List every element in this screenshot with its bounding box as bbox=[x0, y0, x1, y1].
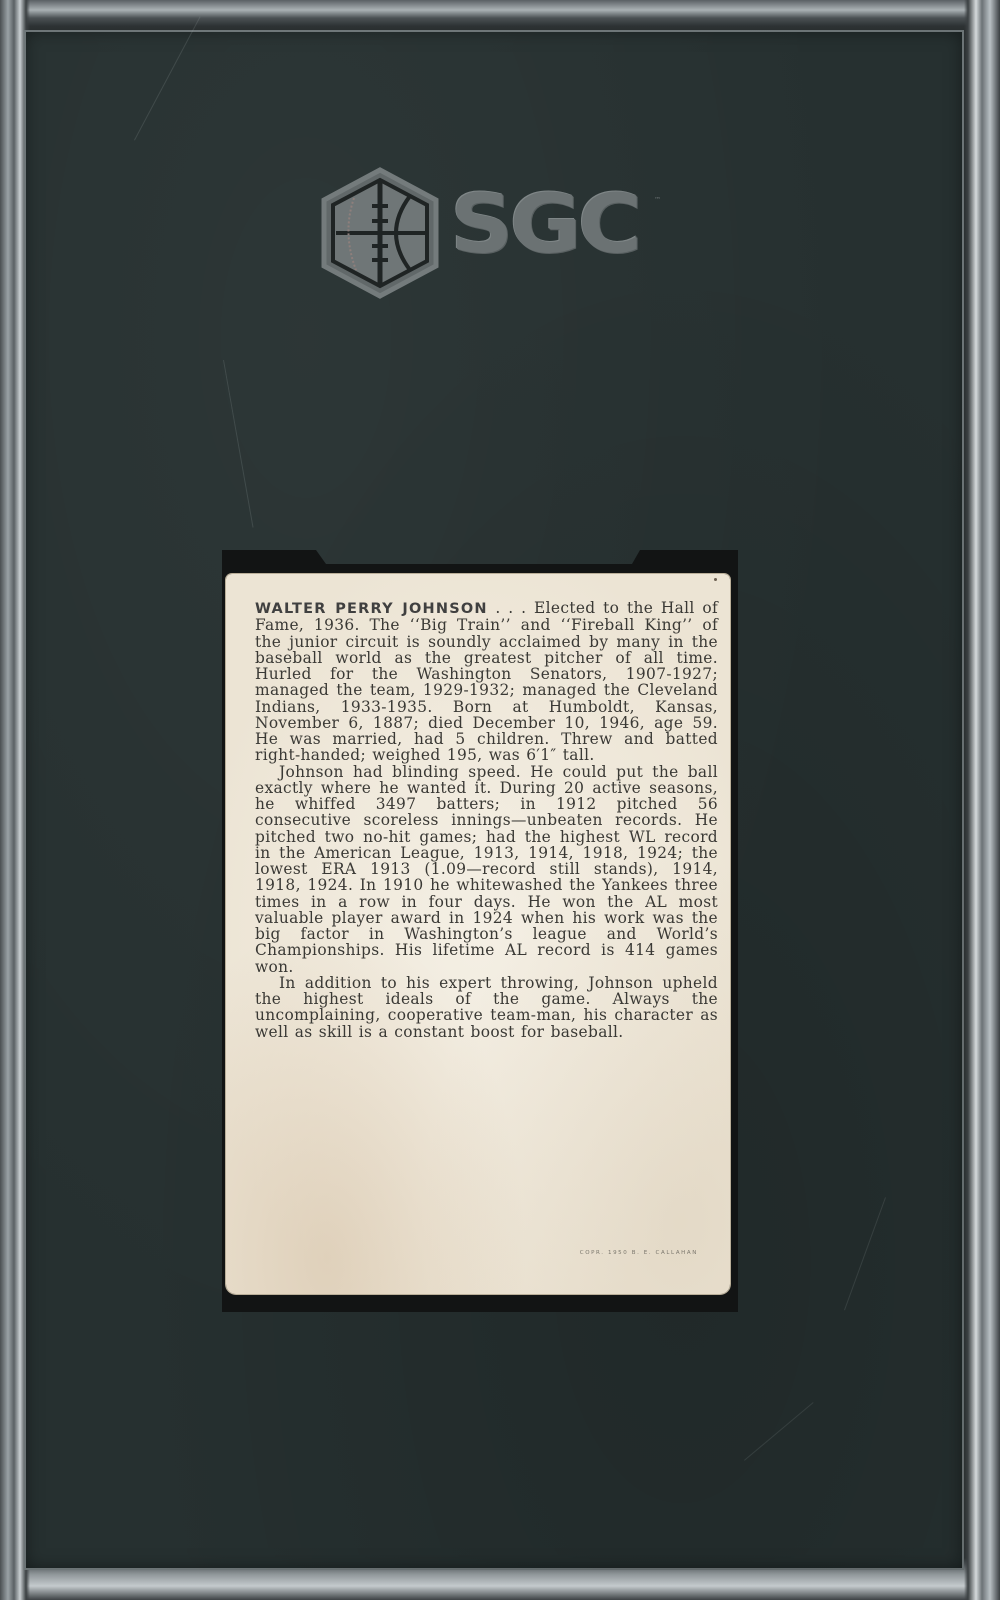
baseball-basketball-hexagon-icon bbox=[316, 166, 444, 300]
card-biography: WALTER PERRY JOHNSON . . . Elected to th… bbox=[255, 600, 718, 1040]
trademark-symbol: ™ bbox=[654, 196, 661, 204]
scratch bbox=[744, 1402, 814, 1461]
player-name: WALTER PERRY JOHNSON bbox=[255, 601, 488, 617]
bio-paragraph-3: In addition to his expert throwing, John… bbox=[255, 975, 718, 1040]
bio-paragraph-1: WALTER PERRY JOHNSON . . . Elected to th… bbox=[255, 600, 718, 764]
baseball-card-back: WALTER PERRY JOHNSON . . . Elected to th… bbox=[226, 574, 730, 1294]
scratch bbox=[223, 360, 254, 528]
bio-text-1: . . . Elected to the Hall of Fame, 1936.… bbox=[255, 599, 718, 764]
bio-paragraph-2: Johnson had blinding speed. He could put… bbox=[255, 764, 718, 975]
sgc-wordmark: SGC bbox=[450, 184, 638, 265]
scratch bbox=[844, 1197, 886, 1310]
card-blemish bbox=[714, 578, 717, 581]
scratch bbox=[134, 16, 201, 140]
copyright-line: COPR. 1950 B. E. CALLAHAN bbox=[580, 1250, 698, 1256]
sgc-logo: SGC ™ bbox=[316, 166, 676, 300]
